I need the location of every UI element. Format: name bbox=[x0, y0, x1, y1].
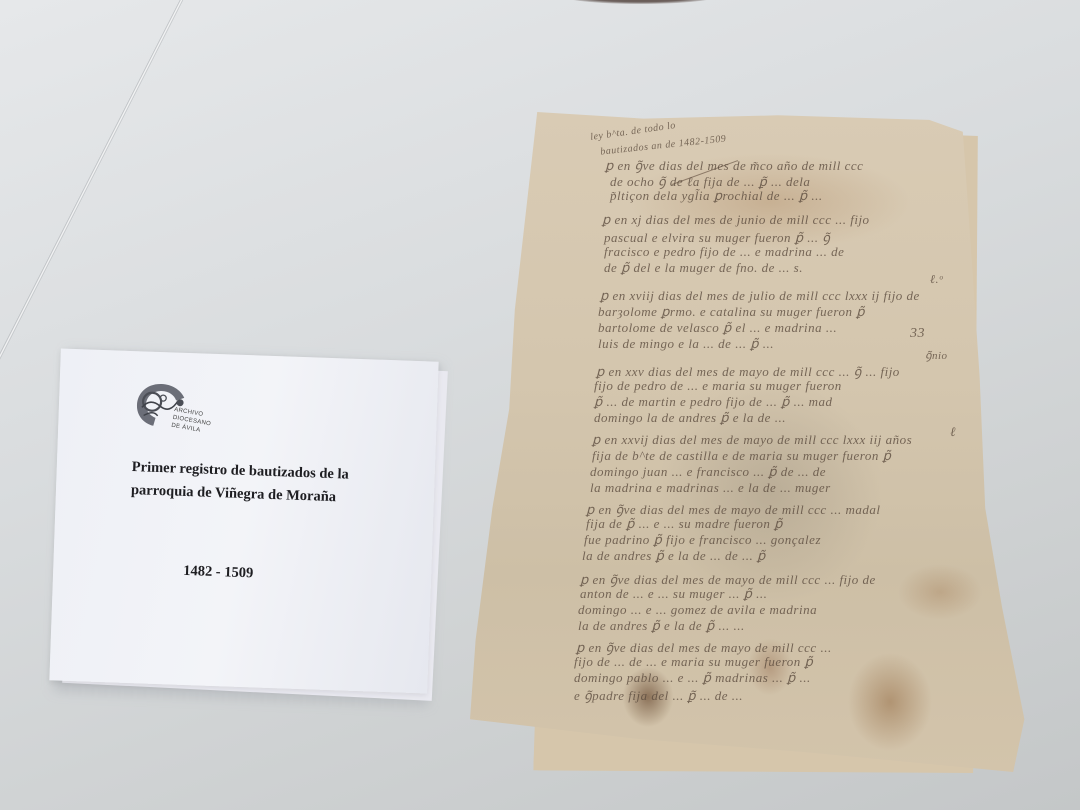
manuscript-line: e ꝯ̃padre fija del ... ꝑ̃ ... de ... bbox=[574, 686, 743, 704]
archive-name: ARCHIVO DIOCESANO DE ÁVILA bbox=[171, 406, 213, 436]
manuscript-line: fijo de pedro de ... e maria su muger fu… bbox=[594, 378, 842, 394]
manuscript-line: ꝑ en xj dias del mes de junio de mill cc… bbox=[602, 212, 870, 228]
margin-mark: ꝯ̃nio bbox=[925, 348, 948, 363]
manuscript-line: fija de ꝑ̃ ... e ... su madre fueron ꝑ̃ bbox=[586, 516, 783, 532]
margin-mark: ℓ.ᵒ bbox=[930, 272, 943, 287]
manuscript-page: ley b^ta. de todo lo bautizados an de 14… bbox=[470, 112, 1030, 772]
card-years: 1482 - 1509 bbox=[183, 563, 254, 582]
margin-note: 33 bbox=[910, 326, 925, 342]
manuscript-line: domingo juan ... e francisco ... ꝑ̃ de .… bbox=[590, 464, 826, 480]
manuscript-line: fracisco e pedro fijo de ... e madrina .… bbox=[604, 244, 844, 260]
manuscript-line: bartolome de velasco ꝑ̃ el ... e madrina… bbox=[598, 320, 837, 336]
manuscript-line: domingo pablo ... e ... ꝑ̃ madrinas ... … bbox=[574, 670, 811, 686]
manuscript-line: ꝑ en xviij dias del mes de julio de mill… bbox=[600, 288, 920, 304]
manuscript-line: la madrina e madrinas ... e la de ... mu… bbox=[590, 480, 831, 496]
manuscript-line: ꝑ̃ ... de martin e pedro fijo de ... ꝑ̃ … bbox=[594, 394, 833, 410]
manuscript-line: fijo de ... de ... e maria su muger fuer… bbox=[574, 654, 813, 670]
manuscript-line: fija de b^te de castilla e de maria su m… bbox=[592, 448, 891, 464]
manuscript-line: ꝑ en xxvij dias del mes de mayo de mill … bbox=[592, 432, 912, 448]
manuscript-line: de ꝑ̃ del e la muger de fno. de ... s. bbox=[604, 260, 803, 276]
manuscript-line: anton de ... e ... su muger ... ꝑ̃ ... bbox=[580, 586, 767, 602]
manuscript-line: la de andres ꝑ̃ e la de ... de ... ꝑ̃ bbox=[582, 548, 766, 564]
margin-mark: ℓ bbox=[950, 424, 956, 440]
manuscript-line: p̃ltiçon dela ygl̃ia ꝑrochial de ... ꝑ̃ … bbox=[610, 188, 823, 204]
label-card: ARCHIVO DIOCESANO DE ÁVILA Primer regist… bbox=[49, 349, 438, 694]
manuscript-line: barȝolome ꝑrmo. e catalina su muger fuer… bbox=[598, 304, 865, 320]
manuscript-line: domingo ... e ... gomez de avila e madri… bbox=[578, 602, 817, 618]
manuscript-line: la de andres ꝑ̃ e la de ꝑ̃ ... ... bbox=[578, 618, 745, 634]
manuscript-line: domingo la de andres ꝑ̃ e la de ... bbox=[594, 410, 786, 426]
manuscript-line: luis de mingo e la ... de ... ꝑ̃ ... bbox=[598, 336, 774, 352]
object-at-top-edge bbox=[560, 0, 720, 4]
manuscript-line: fue padrino ꝑ̃ fijo e francisco ... gonç… bbox=[584, 532, 821, 548]
card-title: Primer registro de bautizados de la parr… bbox=[131, 456, 412, 512]
